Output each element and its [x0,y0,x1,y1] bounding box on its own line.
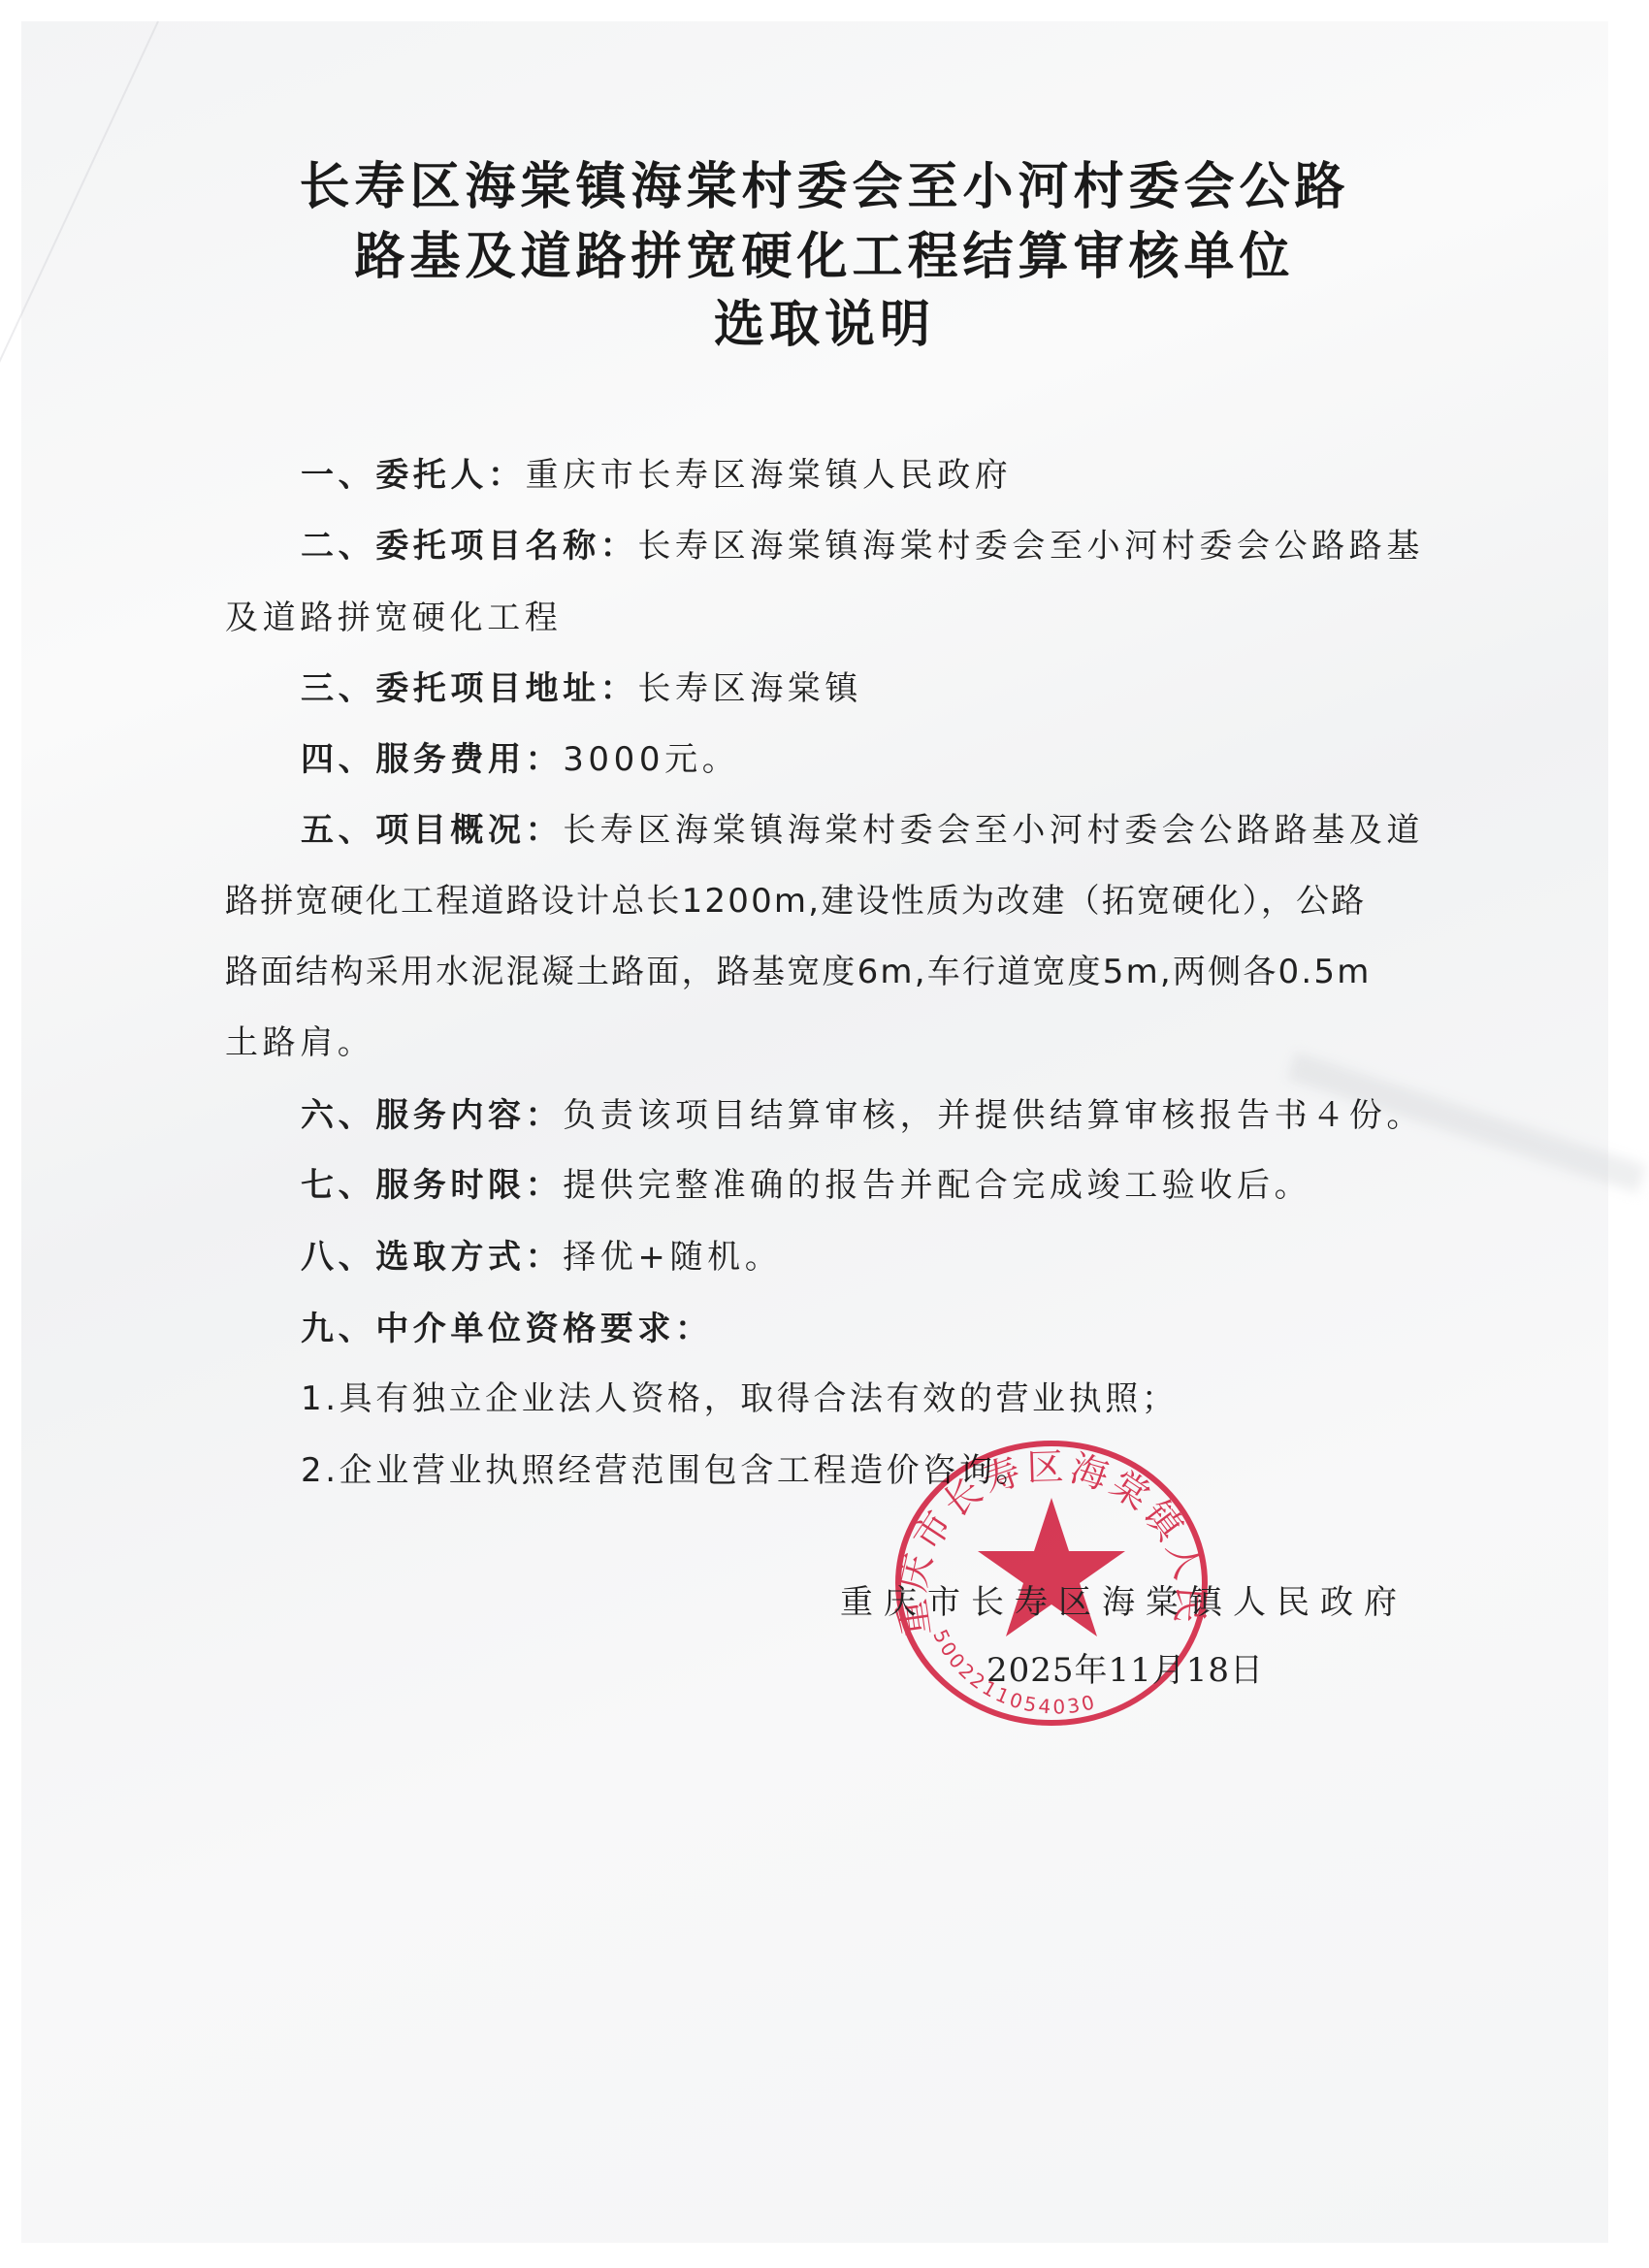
section-selection-method: 八、选取方式：择优+随机。 [301,1238,782,1277]
section-label: 四、服务费用： [301,740,563,779]
section-text: 长寿区海棠镇海棠村委会至小河村委会公路路基及道 [563,811,1424,850]
section-project-overview: 五、项目概况：长寿区海棠镇海棠村委会至小河村委会公路路基及道 [301,811,1424,850]
section-project-name: 二、委托项目名称：长寿区海棠镇海棠村委会至小河村委会公路路基 [301,527,1424,566]
section-text: 3000元。 [563,740,739,779]
section-label: 六、服务内容： [301,1096,563,1135]
section-qualification-requirements: 九、中介单位资格要求： [301,1310,713,1348]
section-label: 一、委托人： [301,456,526,495]
signature-organization: 重庆市长寿区海棠镇人民政府 [840,1583,1407,1622]
section-text: 长寿区海棠镇 [637,669,862,708]
section-service-deadline: 七、服务时限：提供完整准确的报告并配合完成竣工验收后。 [301,1166,1311,1205]
section-label: 八、选取方式： [301,1238,563,1277]
document-title-line-2: 路基及道路拼宽硬化工程结算审核单位 [0,222,1649,292]
section-label: 九、中介单位资格要求： [301,1310,713,1348]
section-label: 三、委托项目地址： [301,669,637,708]
section-label: 五、项目概况： [301,811,563,850]
section-continuation: 路面结构采用水泥混凝土路面，路基宽度6m,车行道宽度5m,两侧各0.5m [225,953,1372,991]
section-text: 长寿区海棠镇海棠村委会至小河村委会公路路基 [637,527,1424,566]
section-principal: 一、委托人：重庆市长寿区海棠镇人民政府 [301,456,1012,495]
section-text: 择优+随机。 [563,1238,782,1277]
section-service-content: 六、服务内容：负责该项目结算审核，并提供结算审核报告书４份。 [301,1096,1424,1135]
section-text: 提供完整准确的报告并配合完成竣工验收后。 [563,1166,1311,1205]
section-service-fee: 四、服务费用：3000元。 [301,740,739,779]
section-text: 重庆市长寿区海棠镇人民政府 [526,456,1013,495]
section-continuation: 土路肩。 [225,1023,374,1062]
document-title-line-1: 长寿区海棠镇海棠村委会至小河村委会公路 [0,152,1649,222]
section-project-address: 三、委托项目地址：长寿区海棠镇 [301,669,862,708]
requirement-item: 1.具有独立企业法人资格，取得合法有效的营业执照； [301,1379,1178,1418]
section-label: 二、委托项目名称： [301,527,637,566]
signature-date: 2025年11月18日 [986,1651,1264,1690]
section-continuation: 路拼宽硬化工程道路设计总长1200m,建设性质为改建（拓宽硬化），公路 [225,882,1366,921]
document-title-line-3: 选取说明 [0,290,1649,360]
section-text: 负责该项目结算审核，并提供结算审核报告书４份。 [563,1096,1424,1135]
section-continuation: 及道路拼宽硬化工程 [225,599,562,637]
section-label: 七、服务时限： [301,1166,563,1205]
